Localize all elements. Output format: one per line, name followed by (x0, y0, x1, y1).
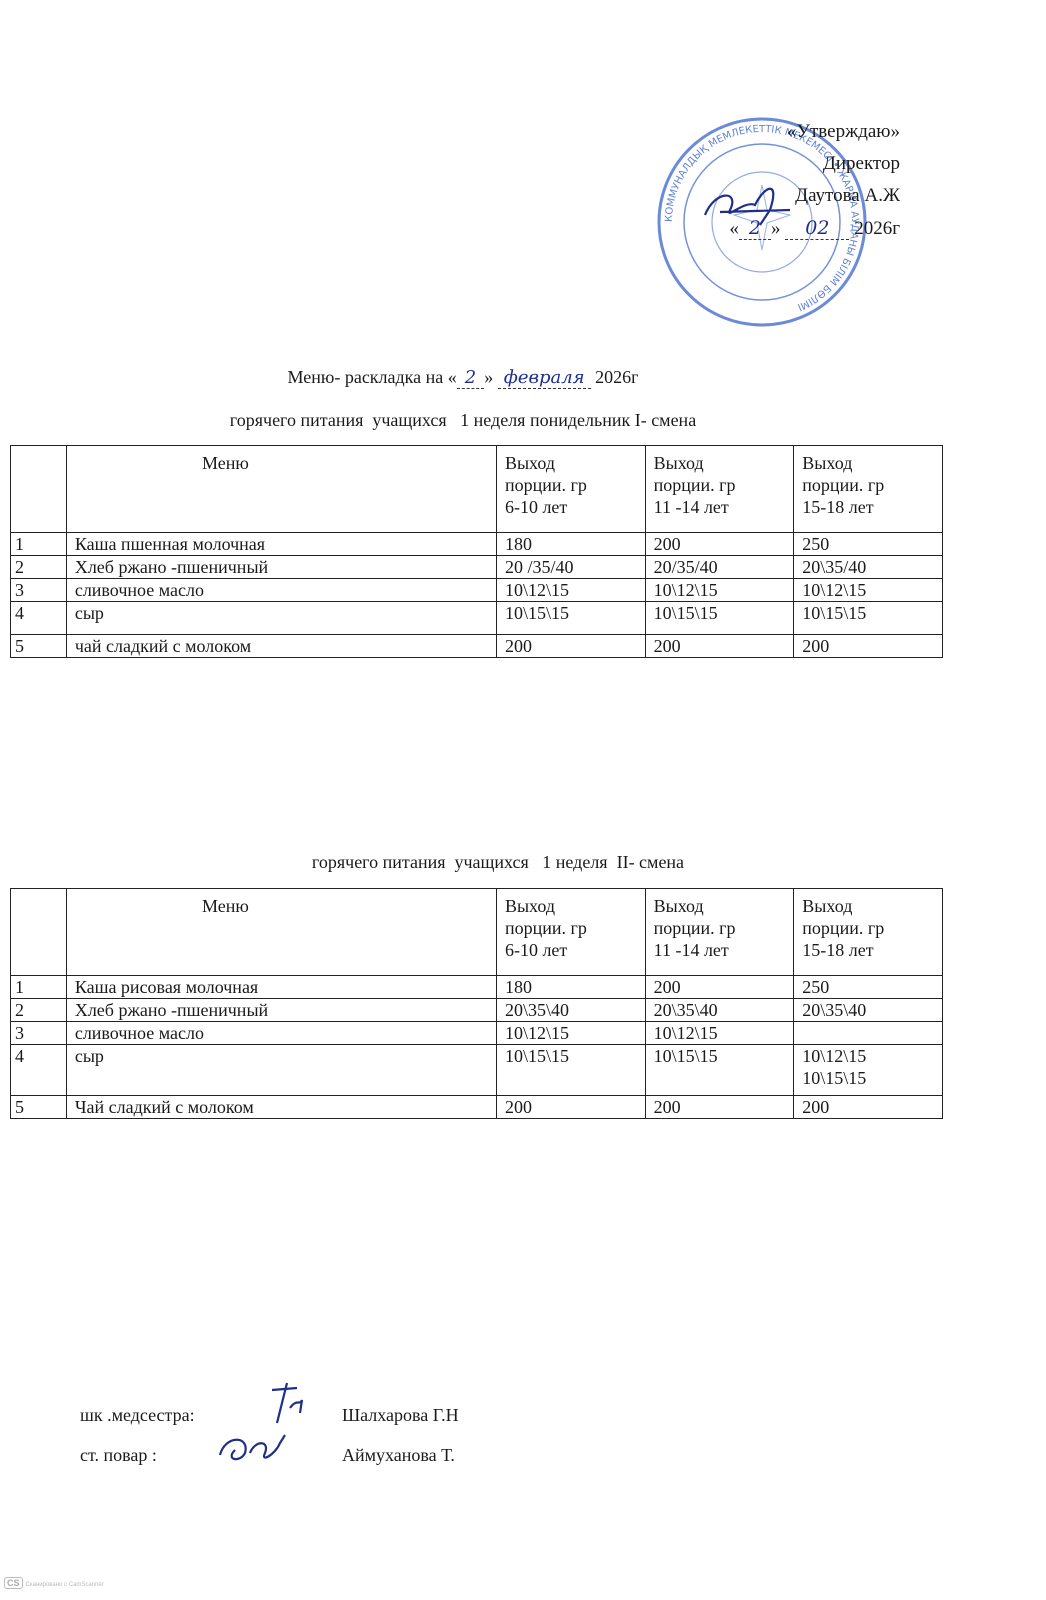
dish-name: сливочное масло (66, 1022, 496, 1045)
column-header: Выход порции. гр 15-18 лет (794, 889, 943, 976)
portion-value: 200 (645, 635, 794, 658)
portion-value: 10\12\15 10\15\15 (794, 1045, 943, 1096)
subtitle-shift-1: горячего питания учащихся 1 неделя понид… (0, 410, 1046, 431)
column-header: Выход порции. гр 6-10 лет (496, 889, 645, 976)
column-header: Выход порции. гр 11 -14 лет (645, 446, 794, 533)
row-number: 4 (11, 602, 67, 635)
row-number: 5 (11, 1096, 67, 1119)
table-row: 3сливочное масло10\12\1510\12\1510\12\15 (11, 579, 943, 602)
portion-value: 10\15\15 (645, 602, 794, 635)
portion-value: 20\35\40 (645, 999, 794, 1022)
camscanner-logo-icon: CS (4, 1577, 23, 1589)
table-row: 2Хлеб ржано -пшеничный20 /35/4020/35/402… (11, 556, 943, 579)
title-day: 2 (457, 367, 484, 389)
table-header-row: МенюВыход порции. гр 6-10 летВыход порци… (11, 446, 943, 533)
table-row: 2Хлеб ржано -пшеничный20\35\4020\35\4020… (11, 999, 943, 1022)
portion-value (794, 1022, 943, 1045)
camscanner-watermark: CSСканировано с CamScanner (4, 1577, 104, 1589)
portion-value: 180 (496, 976, 645, 999)
dish-name: чай сладкий с молоком (66, 635, 496, 658)
dish-name: сливочное масло (66, 579, 496, 602)
portion-value: 200 (645, 976, 794, 999)
portion-value: 180 (496, 533, 645, 556)
portion-value: 10\12\15 (496, 1022, 645, 1045)
dish-name: Хлеб ржано -пшеничный (66, 556, 496, 579)
table-row: 4сыр10\15\1510\15\1510\15\15 (11, 602, 943, 635)
row-number: 1 (11, 976, 67, 999)
portion-value: 10\15\15 (496, 602, 645, 635)
portion-value: 10\15\15 (496, 1045, 645, 1096)
table-row: 4сыр10\15\1510\15\1510\12\15 10\15\15 (11, 1045, 943, 1096)
column-header: Выход порции. гр 6-10 лет (496, 446, 645, 533)
column-header: Выход порции. гр 15-18 лет (794, 446, 943, 533)
portion-value: 10\15\15 (794, 602, 943, 635)
portion-value: 250 (794, 533, 943, 556)
portion-value: 200 (645, 1096, 794, 1119)
dish-name: Каша рисовая молочная (66, 976, 496, 999)
dish-name: Каша пшенная молочная (66, 533, 496, 556)
portion-value: 20/35/40 (645, 556, 794, 579)
portion-value: 200 (496, 1096, 645, 1119)
cook-role: ст. повар : (80, 1445, 157, 1465)
portion-value: 200 (794, 1096, 943, 1119)
cook-signature (215, 1425, 295, 1470)
title-year: 2026г (595, 367, 638, 387)
director-signature (700, 180, 800, 230)
director-position: Директор (760, 148, 900, 180)
menu-table-shift-1: МенюВыход порции. гр 6-10 летВыход порци… (10, 445, 943, 658)
column-header-menu: Меню (66, 889, 496, 976)
column-header-menu: Меню (66, 446, 496, 533)
table-row: 5чай сладкий с молоком200200200 (11, 635, 943, 658)
row-number: 4 (11, 1045, 67, 1096)
row-number: 3 (11, 579, 67, 602)
menu-table-shift-2: МенюВыход порции. гр 6-10 летВыход порци… (10, 888, 943, 1119)
cook-name: Аймуханова Т. (342, 1445, 455, 1466)
approval-year: 2026г (854, 218, 900, 239)
table-header-row: МенюВыход порции. гр 6-10 летВыход порци… (11, 889, 943, 976)
dish-name: Хлеб ржано -пшеничный (66, 999, 496, 1022)
portion-value: 200 (496, 635, 645, 658)
dish-name: сыр (66, 602, 496, 635)
portion-value: 20\35/40 (794, 556, 943, 579)
row-number: 1 (11, 533, 67, 556)
title-month: февраля (498, 367, 591, 389)
portion-value: 250 (794, 976, 943, 999)
portion-value: 200 (794, 635, 943, 658)
row-number: 2 (11, 556, 67, 579)
table-row: 1Каша рисовая молочная180200250 (11, 976, 943, 999)
column-header (11, 446, 67, 533)
table-row: 1Каша пшенная молочная180200250 (11, 533, 943, 556)
signature-nurse: шк .медсестра: Шалхарова Г.Н (80, 1405, 580, 1426)
signature-cook: ст. повар : Аймуханова Т. (80, 1445, 580, 1466)
row-number: 5 (11, 635, 67, 658)
row-number: 3 (11, 1022, 67, 1045)
portion-value: 20\35\40 (794, 999, 943, 1022)
dish-name: сыр (66, 1045, 496, 1096)
portion-value: 200 (645, 533, 794, 556)
portion-value: 10\15\15 (645, 1045, 794, 1096)
column-header: Выход порции. гр 11 -14 лет (645, 889, 794, 976)
dish-name: Чай сладкий с молоком (66, 1096, 496, 1119)
portion-value: 10\12\15 (794, 579, 943, 602)
column-header (11, 889, 67, 976)
portion-value: 20\35\40 (496, 999, 645, 1022)
document-title: Меню- раскладка на «2» февраля 2026г (0, 367, 1046, 388)
subtitle-shift-2: горячего питания учащихся 1 неделя II- с… (0, 852, 1046, 873)
portion-value: 10\12\15 (496, 579, 645, 602)
table-row: 5Чай сладкий с молоком200200200 (11, 1096, 943, 1119)
portion-value: 10\12\15 (645, 1022, 794, 1045)
approve-label: «Утверждаю» (760, 116, 900, 148)
table-row: 3сливочное масло10\12\1510\12\15 (11, 1022, 943, 1045)
nurse-role: шк .медсестра: (80, 1405, 195, 1425)
nurse-signature (262, 1378, 312, 1428)
row-number: 2 (11, 999, 67, 1022)
nurse-name: Шалхарова Г.Н (342, 1405, 459, 1426)
portion-value: 20 /35/40 (496, 556, 645, 579)
portion-value: 10\12\15 (645, 579, 794, 602)
